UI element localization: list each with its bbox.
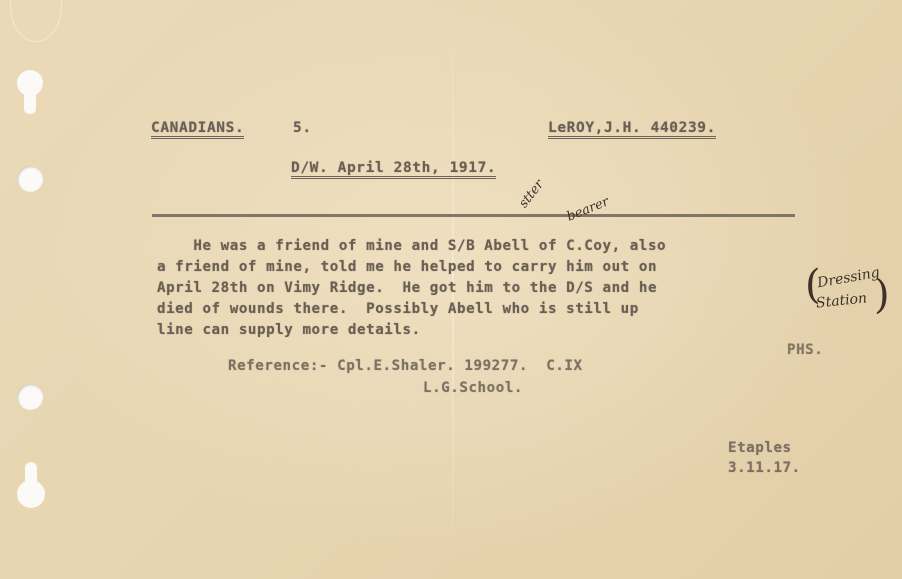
date: 3.11.17. (728, 460, 801, 476)
punch-hole-round (17, 166, 43, 192)
soldier-name-number: LeROY,J.H. 440239. (548, 120, 716, 139)
reference-line-1: Reference:- Cpl.E.Shaler. 199277. C.IX (228, 358, 583, 374)
punch-hole-keyhole-bottom (17, 462, 45, 508)
status-date: D/W. April 28th, 1917. (291, 160, 496, 179)
horizontal-rule (152, 214, 795, 217)
margin-note-dressing: Dressing (816, 265, 881, 292)
category-heading: CANADIANS. (151, 120, 244, 139)
typist-initials: PHS. (787, 342, 823, 358)
place: Etaples (728, 440, 792, 456)
body-line-2: a friend of mine, told me he helped to c… (157, 259, 657, 275)
item-number: 5. (293, 120, 312, 136)
handwritten-bearer: bearer (565, 194, 611, 224)
document-page: CANADIANS. 5. LeROY,J.H. 440239. D/W. Ap… (0, 0, 902, 579)
handwritten-stretcher: stter (516, 177, 547, 211)
body-line-1: He was a friend of mine and S/B Abell of… (157, 238, 666, 254)
punch-hole-keyhole-top (17, 70, 43, 114)
paper-crease (10, 0, 62, 42)
body-line-5: line can supply more details. (157, 322, 421, 338)
margin-note-station: Station (815, 290, 868, 311)
body-line-3: April 28th on Vimy Ridge. He got him to … (157, 280, 657, 296)
punch-hole-round (17, 384, 43, 410)
margin-note-close-paren: ) (874, 272, 890, 318)
body-line-4: died of wounds there. Possibly Abell who… (157, 301, 639, 317)
reference-line-2: L.G.School. (423, 380, 523, 396)
